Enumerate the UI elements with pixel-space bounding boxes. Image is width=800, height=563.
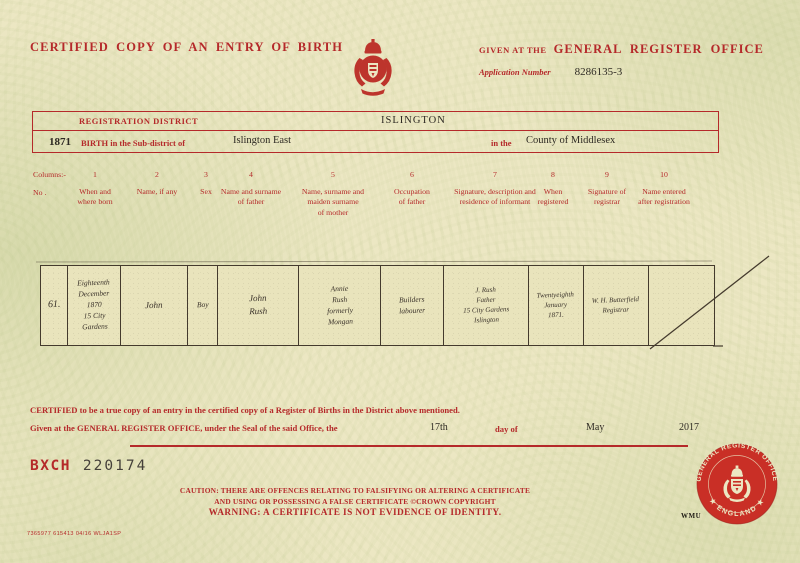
warning-text: WARNING: A CERTIFICATE IS NOT EVIDENCE O… (30, 508, 680, 518)
registration-year: 1871 (49, 136, 71, 148)
entry-cell-sex: Boy (188, 266, 218, 345)
register-entry-row: 61. Eighteenth December 1870 15 City Gar… (40, 265, 715, 346)
entry-cell-when-where-born: Eighteenth December 1870 15 City Gardens (68, 266, 121, 345)
column-header-2: 2 Name, if any (121, 170, 193, 197)
general-register-office-seal-icon: GENERAL REGISTER OFFICE ★ ENGLAND ★ (687, 434, 787, 534)
entry-cell-registrar-signature: W. H. Butterfield Registrar (584, 266, 649, 345)
print-code: 7365977 615413 04/16 WLJA1SP (27, 531, 121, 537)
caution-text: CAUTION: THERE ARE OFFENCES RELATING TO … (30, 486, 680, 507)
day-of-label: day of (495, 424, 518, 434)
entry-cell-name: John (121, 266, 188, 345)
entry-cell-name-after-registration (649, 266, 714, 345)
in-the-label: in the (491, 138, 512, 148)
general-register-office-title: GENERAL REGISTER OFFICE (554, 42, 764, 57)
issue-month: May (586, 422, 604, 433)
birth-certificate: CERTIFIED COPY OF AN ENTRY OF BIRTH GIVE… (0, 0, 800, 563)
entry-cell-occupation: Builders labourer (381, 266, 444, 345)
subdistrict-value: Islington East (233, 135, 291, 146)
registration-district-label: REGISTRATION DISTRICT (79, 116, 198, 126)
certificate-serial: BXCH 220174 (30, 458, 147, 474)
entry-cell-father: John Rush (218, 266, 299, 345)
certification-rule (130, 445, 688, 447)
entry-cell-no: 61. (41, 266, 68, 345)
application-number-row: Application Number 8286135-3 (479, 66, 622, 78)
issue-year: 2017 (679, 422, 699, 433)
given-at-heading: GIVEN AT THE GENERAL REGISTER OFFICE (479, 42, 764, 57)
registration-box-divider (33, 130, 718, 131)
no-column-label: No . (33, 188, 46, 197)
certificate-title: CERTIFIED COPY OF AN ENTRY OF BIRTH (30, 40, 343, 55)
issue-day: 17th (430, 422, 448, 433)
registration-district-box: REGISTRATION DISTRICT ISLINGTON 1871 BIR… (32, 111, 719, 153)
column-header-10: 10 Name entered after registration (618, 170, 710, 208)
certified-statement: CERTIFIED to be a true copy of an entry … (30, 405, 460, 415)
entry-cell-informant: J. Rush Father 15 City Gardens Islington (444, 266, 529, 345)
entry-cell-when-registered: Twentyeighth January 1871. (529, 266, 584, 345)
column-header-5: 5 Name, surname and maiden surname of mo… (283, 170, 383, 218)
registration-district-value: ISLINGTON (381, 115, 446, 126)
entry-cell-mother: Annie Rush formerly Mongan (299, 266, 381, 345)
birth-subdistrict-label: BIRTH in the Sub-district of (81, 138, 185, 148)
serial-number: 220174 (83, 458, 147, 474)
given-at-prefix: GIVEN AT THE (479, 45, 547, 55)
royal-coat-of-arms-icon (351, 38, 395, 100)
county-value: County of Middlesex (526, 135, 615, 146)
given-at-statement: Given at the GENERAL REGISTER OFFICE, un… (30, 423, 338, 433)
application-number-label: Application Number (479, 67, 551, 77)
serial-prefix: BXCH (30, 458, 71, 474)
application-number-value: 8286135-3 (575, 66, 623, 78)
